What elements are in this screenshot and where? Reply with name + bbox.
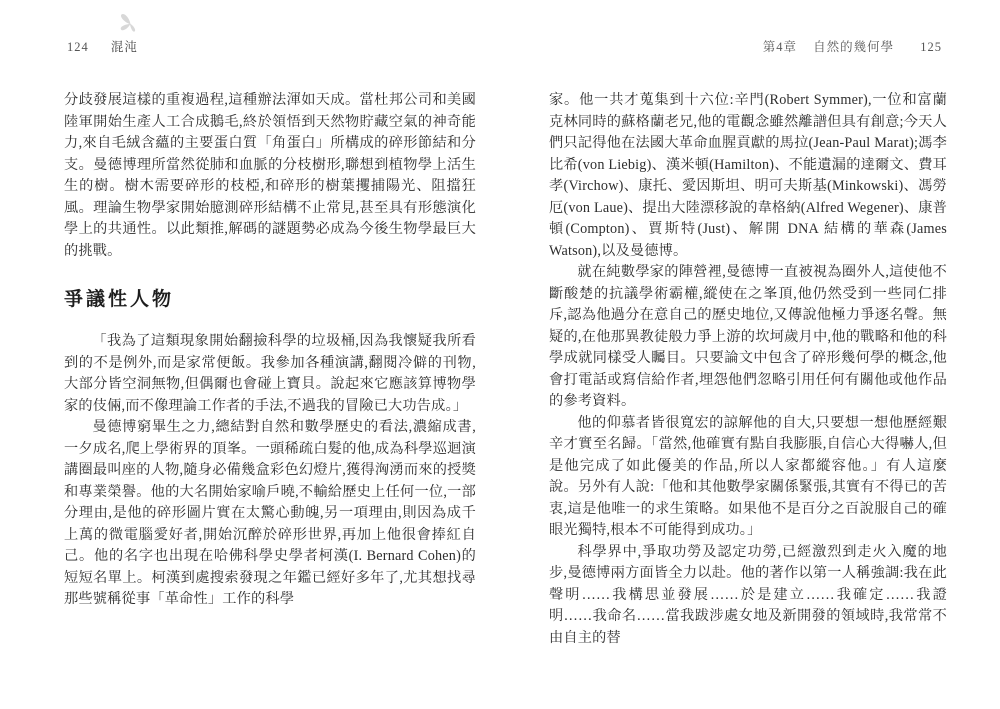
chapter-title: 自然的幾何學 xyxy=(813,40,894,54)
left-page-number: 124 xyxy=(67,40,89,54)
body-paragraph-quote: 「我為了這類現象開始翻撿科學的垃圾桶,因為我懷疑我所看到的不是例外,而是家常便飯… xyxy=(64,331,476,417)
left-page-column: 分歧發展這樣的重複過程,這種辦法渾如天成。當杜邦公司和美國陸軍開始生產人工合成鵝… xyxy=(64,90,476,611)
butterfly-logo-icon xyxy=(116,12,142,36)
chapter-number-label: 第4章 xyxy=(763,40,797,54)
right-page-number: 125 xyxy=(920,40,942,54)
body-paragraph-fame: 曼德博窮畢生之力,總結對自然和數學歷史的看法,濃縮成書,一夕成名,爬上學術界的頂… xyxy=(64,417,476,611)
book-spread: 124 混沌 第4章 自然的幾何學 125 分歧發展這樣的重複過程,這種辦法渾如… xyxy=(0,0,1000,709)
book-running-title: 混沌 xyxy=(111,40,138,54)
right-page-column: 家。他一共才蒐集到十六位:辛門(Robert Symmer),一位和富蘭克林同時… xyxy=(549,90,947,649)
body-paragraph-credit: 科學界中,爭取功勞及認定功勞,已經激烈到走火入魔的地步,曼德博兩方面皆全力以赴。… xyxy=(549,542,947,650)
body-paragraph-outsider: 就在純數學家的陣營裡,曼德博一直被視為圈外人,這使他不斷酸楚的抗議學術霸權,縱使… xyxy=(549,262,947,413)
body-paragraph-sixteen-scientists: 家。他一共才蒐集到十六位:辛門(Robert Symmer),一位和富蘭克林同時… xyxy=(549,90,947,262)
body-paragraph-opening: 分歧發展這樣的重複過程,這種辦法渾如天成。當杜邦公司和美國陸軍開始生產人工合成鵝… xyxy=(64,90,476,262)
left-page-header: 124 混沌 xyxy=(67,37,138,55)
right-page-header: 第4章 自然的幾何學 125 xyxy=(763,37,942,55)
section-heading: 爭議性人物 xyxy=(64,288,476,312)
body-paragraph-admirers: 他的仰慕者皆很寬宏的諒解他的自大,只要想一想他歷經艱辛才實至名歸。「當然,他確實… xyxy=(549,413,947,542)
